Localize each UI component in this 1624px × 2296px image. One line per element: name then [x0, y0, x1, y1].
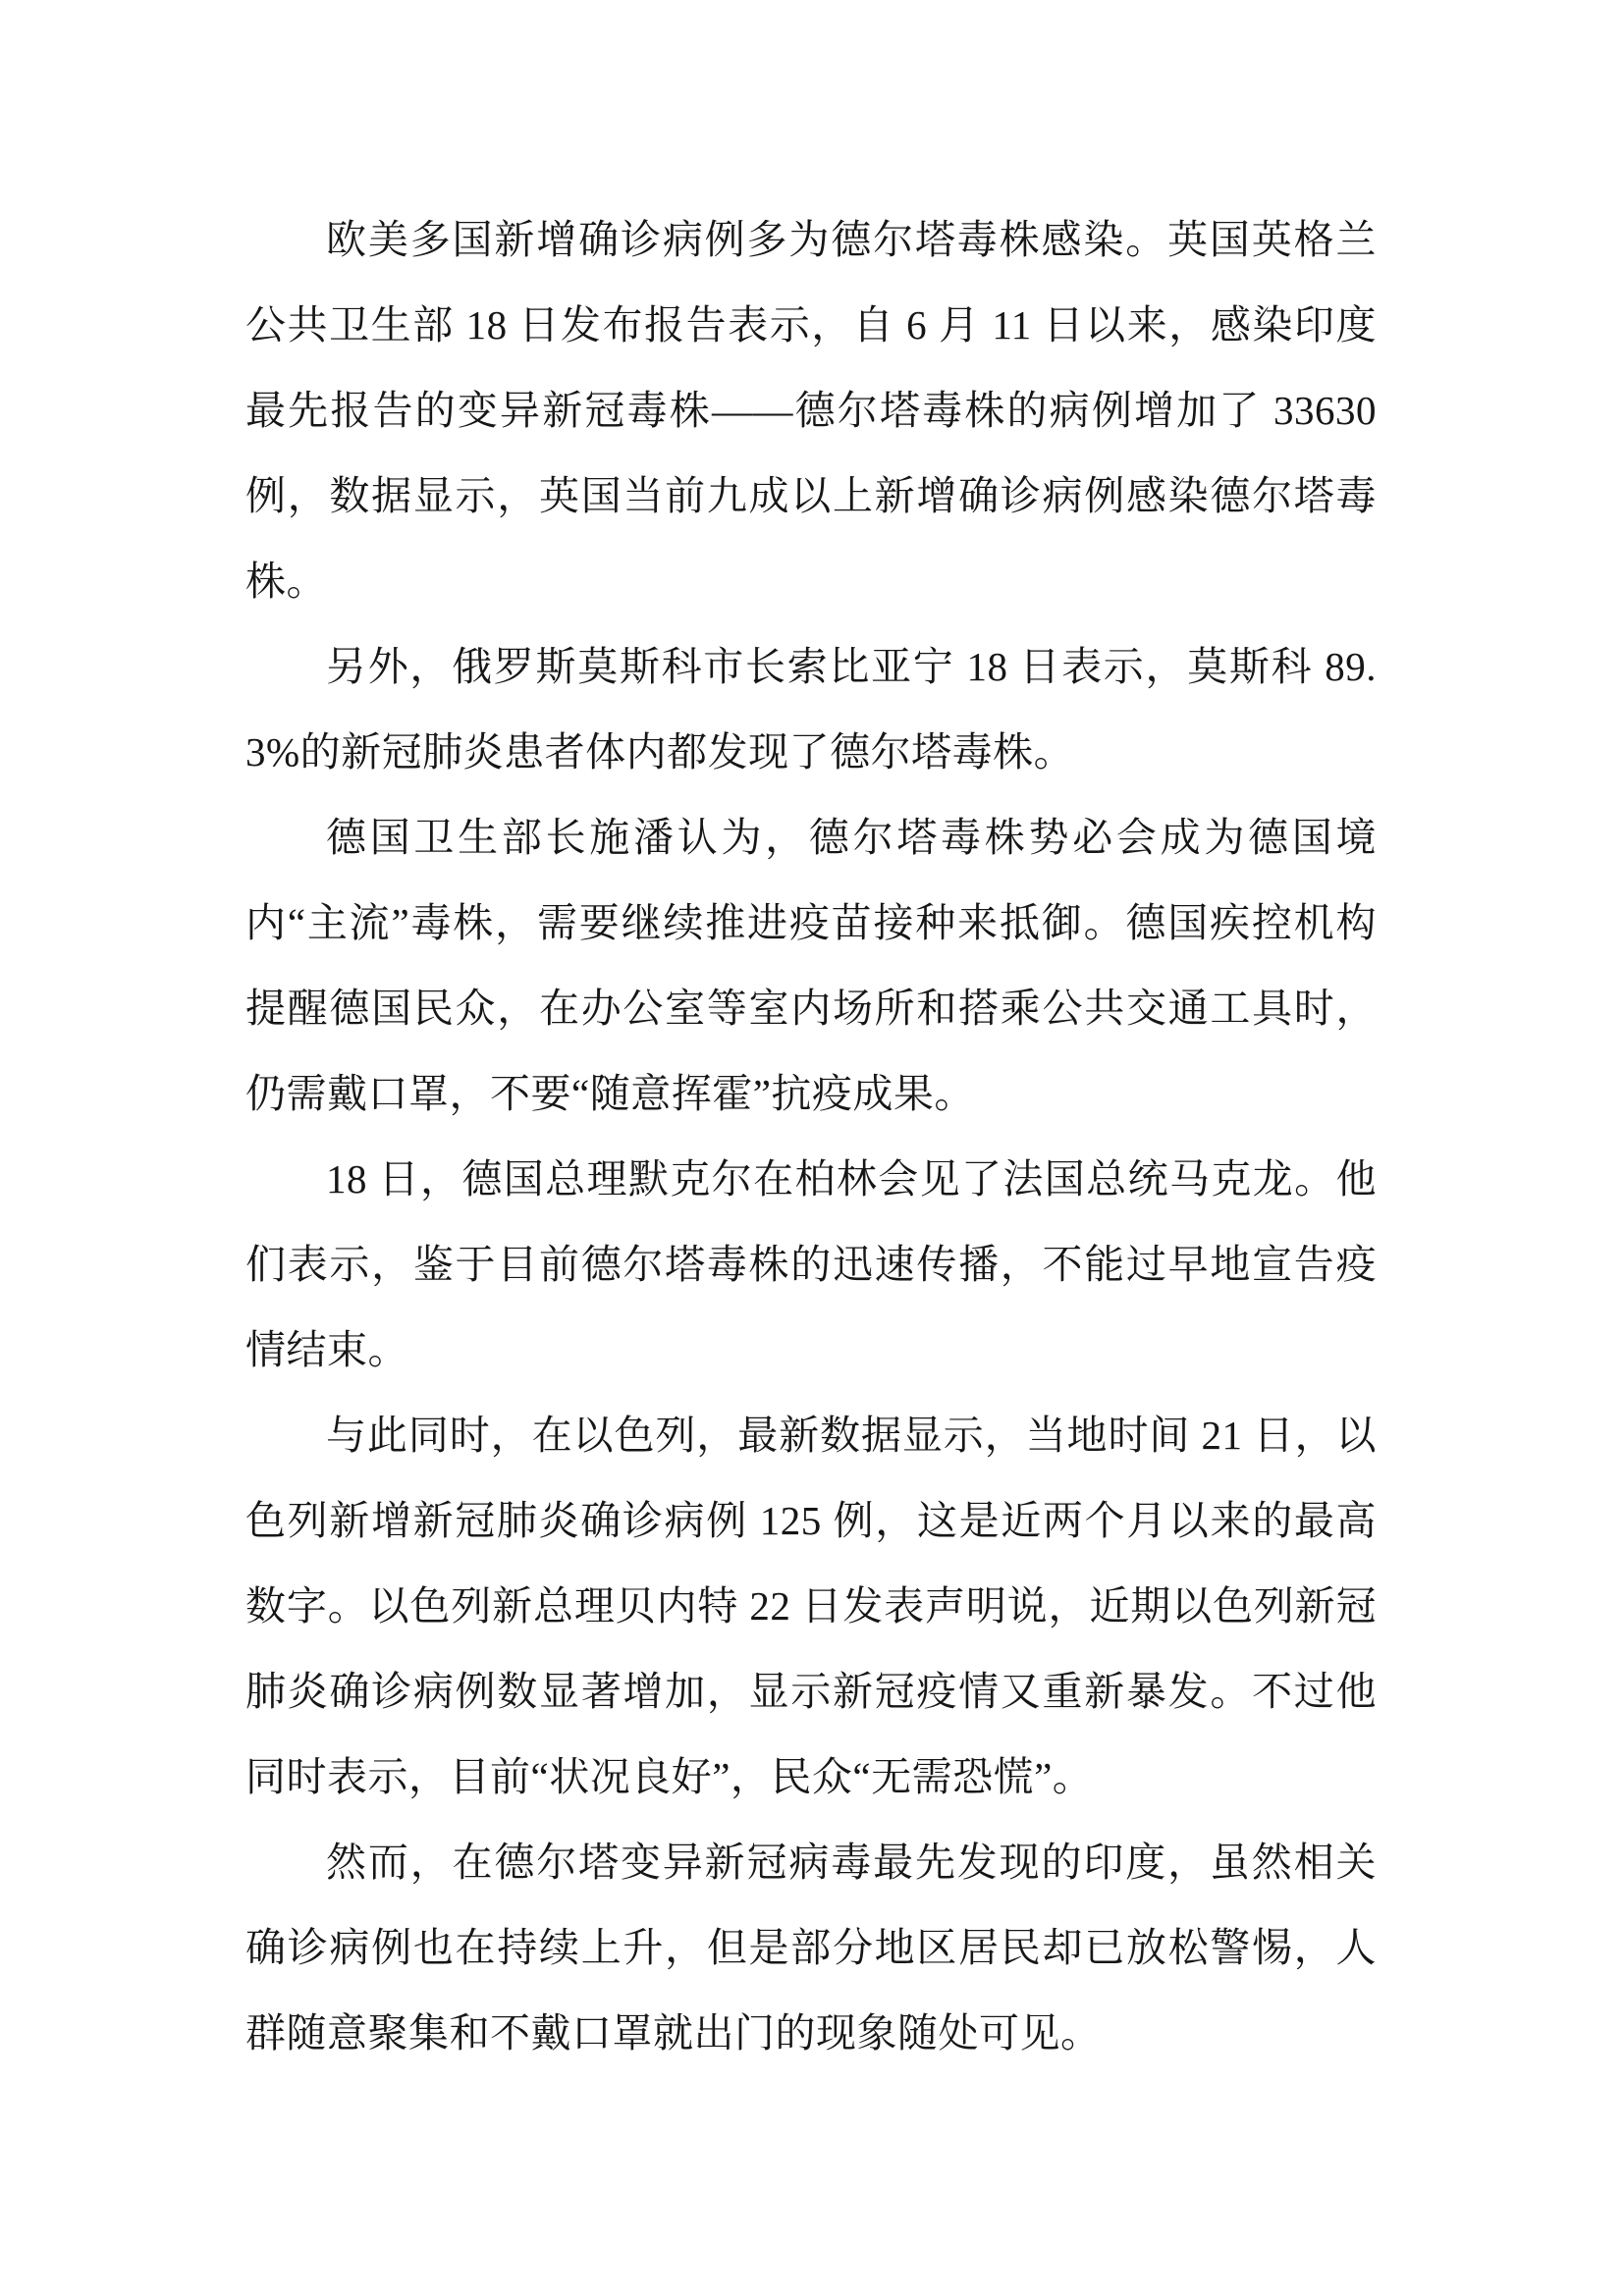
paragraph-2: 另外，俄罗斯莫斯科市长索比亚宁 18 日表示，莫斯科 89.3%的新冠肺炎患者体… — [245, 624, 1377, 795]
article-text-body: 欧美多国新增确诊病例多为德尔塔毒株感染。英国英格兰公共卫生部 18 日发布报告表… — [245, 197, 1377, 2076]
paragraph-4: 18 日，德国总理默克尔在柏林会见了法国总统马克龙。他们表示，鉴于目前德尔塔毒株… — [245, 1137, 1377, 1393]
paragraph-5: 与此同时，在以色列，最新数据显示，当地时间 21 日，以色列新增新冠肺炎确诊病例… — [245, 1393, 1377, 1820]
document-page: 欧美多国新增确诊病例多为德尔塔毒株感染。英国英格兰公共卫生部 18 日发布报告表… — [0, 0, 1624, 2296]
paragraph-6: 然而，在德尔塔变异新冠病毒最先发现的印度，虽然相关确诊病例也在持续上升，但是部分… — [245, 1820, 1377, 2076]
paragraph-3: 德国卫生部长施潘认为，德尔塔毒株势必会成为德国境内“主流”毒株，需要继续推进疫苗… — [245, 795, 1377, 1137]
paragraph-1: 欧美多国新增确诊病例多为德尔塔毒株感染。英国英格兰公共卫生部 18 日发布报告表… — [245, 197, 1377, 624]
